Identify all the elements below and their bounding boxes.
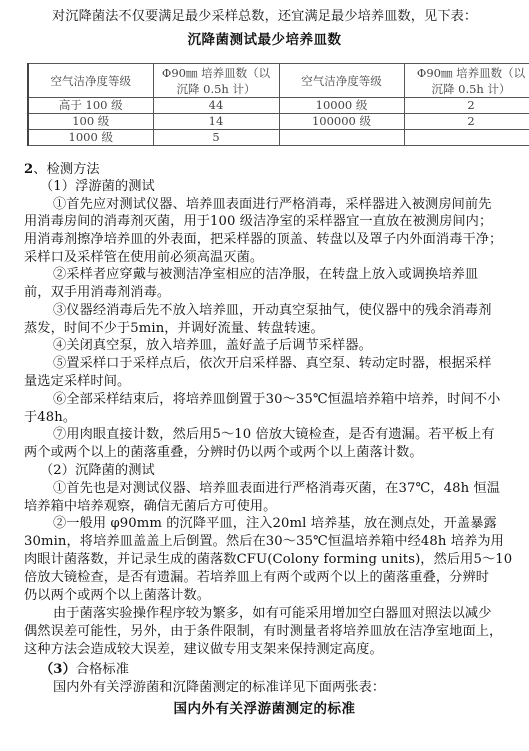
body-line: 由于菌落实验操作程序较为繁多，如有可能采用增加空白器皿对照法以减少: [53, 605, 491, 622]
header-cell: Φ90㎜ 培养皿数（以沉降 0.5h 计）: [404, 64, 529, 98]
table-cell: [404, 130, 529, 146]
body-line: 两个或两个以上的菌落重叠，分辨时仍以两个或两个以上菌落计数。: [24, 444, 423, 461]
table-row: 高于 100 级 44 10000 级 2: [28, 98, 529, 114]
body-line: 肉眼计菌落数，并记录生成的菌落数CFU(Colony forming units…: [24, 551, 512, 568]
body-line: 用消毒剂擦净培养皿的外表面，把采样器的顶盖、转盘以及罩子内外面消毒干净；: [24, 231, 502, 248]
table-row: 1000 级 5: [28, 130, 529, 146]
table-cell: 100 级: [28, 114, 153, 130]
body-line: ④关闭真空泵，放入培养皿，盖好盖子后调节采样器。: [53, 337, 372, 354]
body-line: 这种方法会造成较大误差，建议做专用支架来保持测定高度。: [24, 641, 383, 658]
table-cell: 44: [153, 98, 279, 114]
body-line: 培养箱中培养观察，确信无菌后方可使用。: [24, 498, 276, 515]
body-line: ①首先应对测试仪器、培养皿表面进行严格消毒，采样器进入被测房间前先: [53, 196, 491, 213]
body-line: 倍放大镜检查，是否有遗漏。若培养皿上有两个或两个以上的菌落重叠，分辨时: [24, 569, 489, 586]
header-cell: 空气洁净度等级: [279, 64, 404, 98]
body-line: 量选定采样时间。: [24, 373, 130, 390]
table-cell: 2: [404, 114, 529, 130]
body-line: ⑤置采样口于采样点后，依次开启采样器、真空泵、转动定时器，根据采样: [53, 355, 491, 372]
section-heading: 2、检测方法: [24, 161, 100, 178]
table-header-row: 空气洁净度等级 Φ90㎜ 培养皿数（以沉降 0.5h 计） 空气洁净度等级 Φ9…: [28, 64, 529, 98]
table-cell: 2: [404, 98, 529, 114]
table-cell: 5: [153, 130, 279, 146]
body-line: 蒸发，时间不少于5min，并调好流量、转盘转速。: [24, 320, 324, 337]
body-line: 前，双手用消毒剂消毒。: [24, 284, 170, 301]
table-cell: 14: [153, 114, 279, 130]
subsection-heading: （3）合格标准: [40, 661, 129, 678]
body-line: ⑦用肉眼直接计数，然后用5～10 倍放大镜检查，是否有遗漏。若平板上有: [53, 426, 495, 443]
body-line: 于48h。: [24, 409, 76, 426]
body-line: ②采样者应穿戴与被测洁净室相应的洁净服，在转盘上放入或调换培养皿: [53, 266, 478, 283]
intro-paragraph: 对沉降菌法不仅要满足最少采样总数，还宜满足最少培养皿数，见下表：: [52, 8, 477, 25]
min-dish-table: 空气洁净度等级 Φ90㎜ 培养皿数（以沉降 0.5h 计） 空气洁净度等级 Φ9…: [27, 63, 529, 146]
subsection-heading: （1）浮游菌的测试: [40, 178, 155, 195]
body-line: ②一般用 φ90mm 的沉降平皿，注入20ml 培养基，放在测点处，开盖暴露: [53, 515, 497, 532]
body-line: 用消毒房间的消毒剂灭菌，用于100 级洁净室的采样器宜一直放在被测房间内；: [24, 213, 492, 230]
table2-title: 国内外有关浮游菌测定的标准: [0, 697, 529, 717]
table-cell: 10000 级: [279, 98, 404, 114]
body-line: 国内外有关浮游菌和沉降菌测定的标准详见下面两张表：: [53, 679, 385, 696]
body-line: 30min，将培养皿盖盖上后倒置。然后在30～35℃恒温培养箱中经48h 培养为…: [24, 533, 504, 550]
body-line: ①首先也是对测试仪器、培养皿表面进行严格消毒灭菌，在37℃，48h 恒温: [53, 480, 500, 497]
table-title: 沉降菌测试最少培养皿数: [0, 28, 529, 48]
body-line: ⑥全部采样结束后，将培养皿倒置于30～35℃恒温培养箱中培养，时间不小: [53, 391, 500, 408]
table-row: 100 级 14 100000 级 2: [28, 114, 529, 130]
table-cell: [279, 130, 404, 146]
header-cell: 空气洁净度等级: [28, 64, 153, 98]
body-line: 仍以两个或两个以上菌落计数。: [24, 587, 210, 604]
body-line: 采样口及采样管在使用前必须高温灭菌。: [24, 249, 263, 266]
body-line: 偶然误差可能性，另外，由于条件限制，有时测量者将培养皿放在洁净室地面上，: [24, 623, 502, 640]
body-line: ③仪器经消毒后先不放入培养皿，开动真空泵抽气，使仪器中的残余消毒剂: [53, 302, 491, 319]
table-cell: 100000 级: [279, 114, 404, 130]
table-cell: 高于 100 级: [28, 98, 153, 114]
table-cell: 1000 级: [28, 130, 153, 146]
subsection-heading: （2）沉降菌的测试: [40, 462, 155, 479]
header-cell: Φ90㎜ 培养皿数（以沉降 0.5h 计）: [153, 64, 279, 98]
